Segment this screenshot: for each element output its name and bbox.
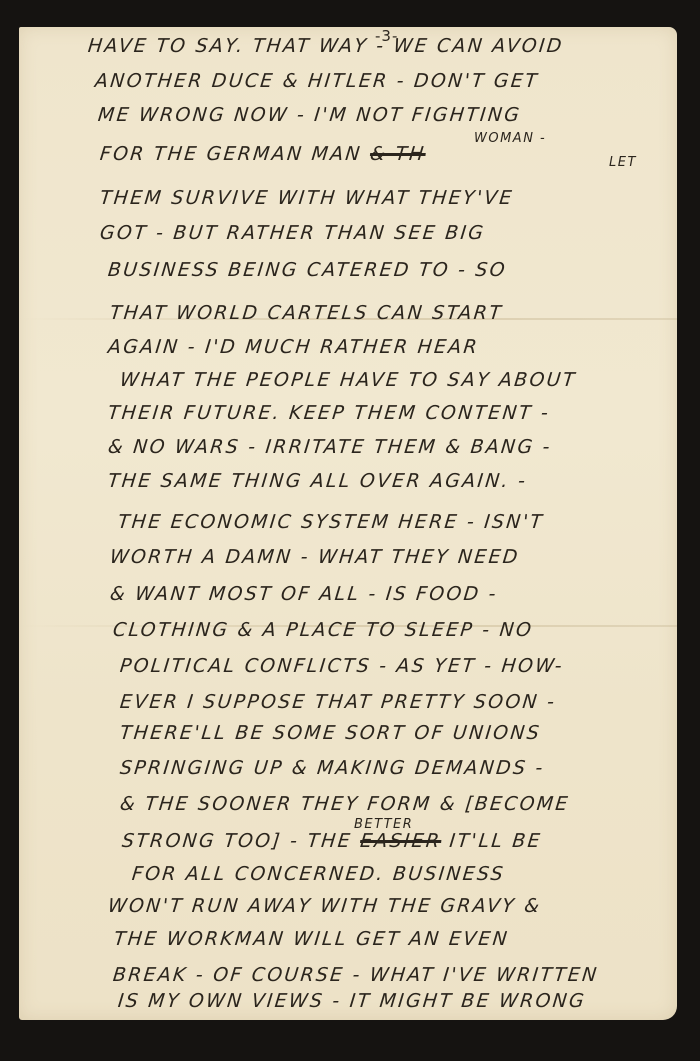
handwritten-line: strong too] - the easier it'll be (121, 830, 543, 852)
handwritten-line: what the people have to say about (119, 369, 578, 391)
handwritten-line: & the sooner they form & [become (119, 793, 571, 815)
handwritten-line: that world cartels can start (109, 302, 504, 324)
handwritten-line: worth a damn - What they need (109, 546, 521, 568)
handwritten-line: the workman will get an even (113, 928, 510, 950)
line-text: for the German man (99, 143, 363, 165)
handwritten-line: clothing & a place to sleep - No (112, 619, 534, 641)
handwritten-line: got - but rather than see big (99, 222, 486, 244)
inserted-word: better (354, 817, 413, 832)
handwritten-line: for the German man & th (99, 143, 427, 165)
handwritten-line: there'll be some sort of unions (119, 722, 542, 744)
letter-page: -3- Have to say. That way - we can avoid… (19, 27, 677, 1020)
struck-text: & th (369, 143, 427, 165)
handwritten-line: is my own views - it might be wrong (117, 990, 587, 1012)
line-text: strong too] - the (121, 830, 353, 852)
handwritten-line: & want most of all - is food - (109, 583, 499, 605)
handwritten-line: won't run away with the gravy & (107, 895, 543, 917)
handwritten-line: ever I suppose that pretty soon - (119, 691, 558, 713)
handwritten-line: the same thing all over again. - (107, 470, 528, 492)
handwritten-line: & no wars - irritate them & bang - (107, 436, 553, 458)
handwritten-line: political conflicts - as yet - How- (119, 655, 565, 677)
handwritten-line: another Duce & Hitler - Don't get (94, 70, 540, 92)
inserted-word: let (609, 155, 637, 170)
handwritten-line: Have to say. That way - we can avoid (87, 35, 565, 57)
handwritten-line: springing up & making demands - (119, 757, 546, 779)
line-tail: it'll be (448, 830, 543, 852)
struck-text: easier (359, 830, 442, 852)
handwritten-line: again - I'd much rather hear (107, 336, 480, 358)
inserted-word: woman - (474, 131, 546, 146)
handwritten-line: business being catered to - so (107, 259, 508, 281)
handwritten-line: their future. Keep them content - (107, 402, 551, 424)
handwritten-line: them survive with what they've (99, 187, 515, 209)
handwritten-line: for all concerned. Business (131, 863, 506, 885)
handwritten-line: The economic system here - isn't (117, 511, 545, 533)
handwritten-line: break - Of course - what I've written (112, 964, 600, 986)
handwritten-line: me wrong now - I'm not fighting (97, 104, 523, 126)
